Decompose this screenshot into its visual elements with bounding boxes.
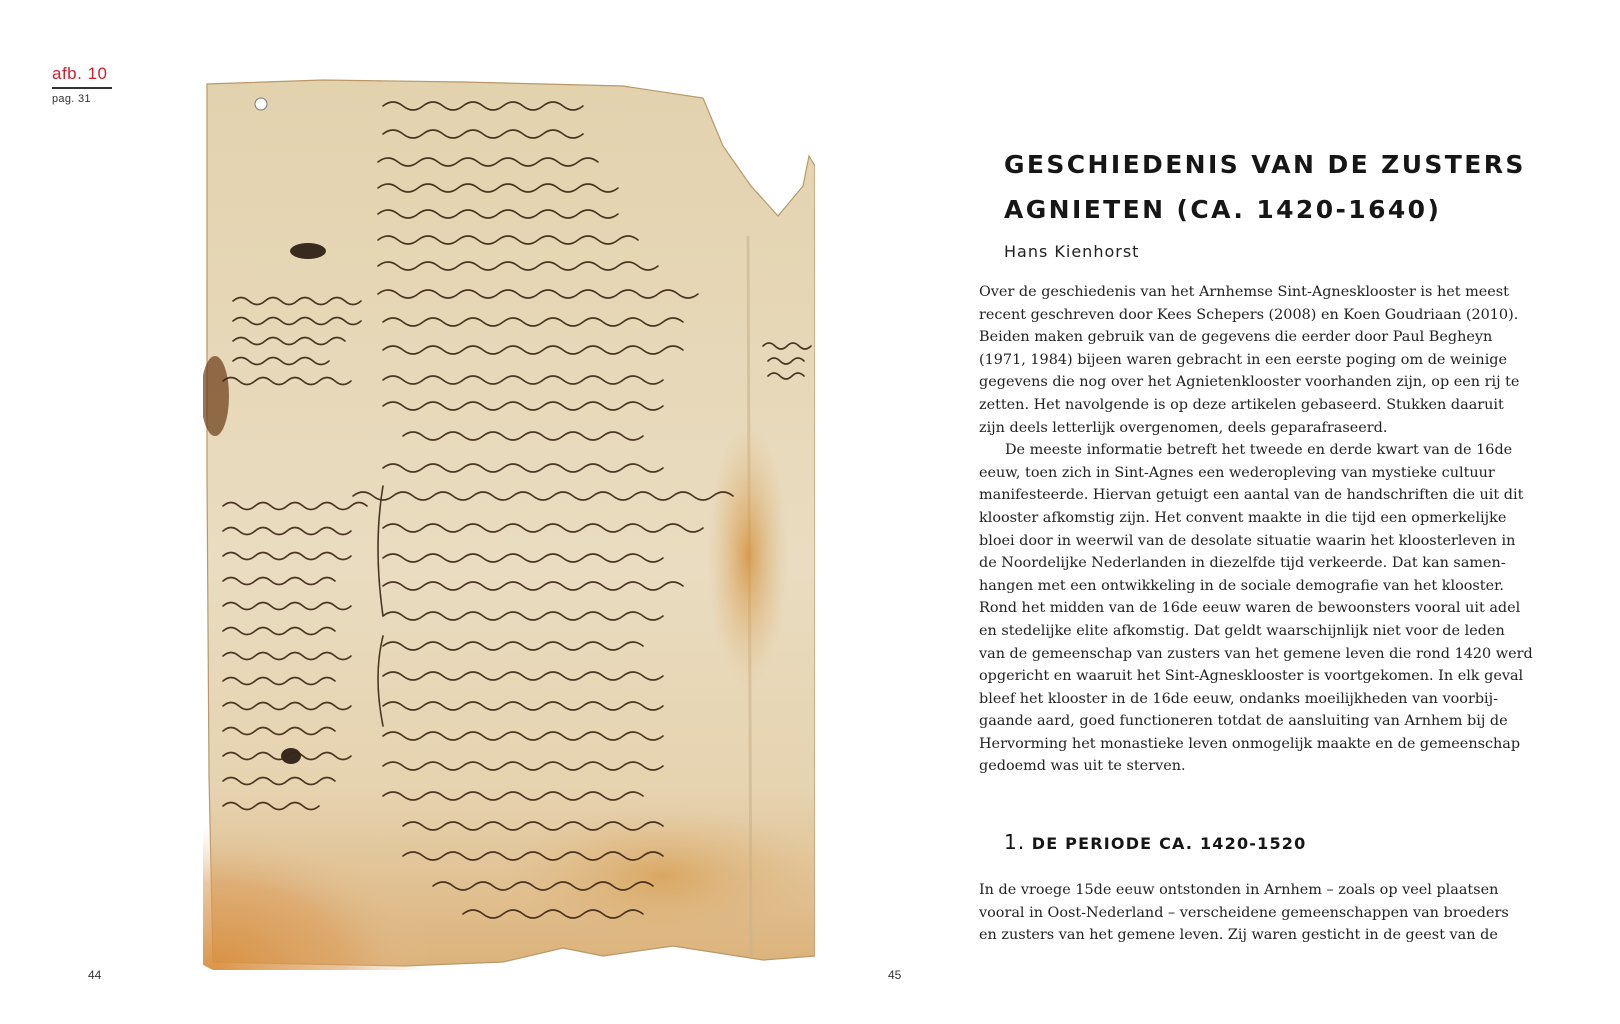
- section-number: 1.: [1004, 830, 1025, 854]
- text-line: opgericht en waaruit het Sint-Agneskloos…: [979, 665, 1519, 688]
- text-line: Hervorming het monastieke leven onmogeli…: [979, 733, 1519, 756]
- paragraph: Over de geschiedenis van het Arnhemse Si…: [979, 281, 1519, 439]
- figure-page-reference: pag. 31: [52, 93, 112, 105]
- figure-label: afb. 10 pag. 31: [52, 64, 112, 105]
- text-line: De meeste informatie betreft het tweede …: [979, 439, 1519, 462]
- page-number-right: 45: [888, 968, 901, 982]
- text-line: gegevens die nog over het Agnietenkloost…: [979, 371, 1519, 394]
- text-line: en zusters van het gemene leven. Zij war…: [979, 924, 1519, 947]
- text-line: eeuw, toen zich in Sint-Agnes een wedero…: [979, 462, 1519, 485]
- text-line: en stedelijke elite afkomstig. Dat geldt…: [979, 620, 1519, 643]
- paragraph: De meeste informatie betreft het tweede …: [979, 439, 1519, 778]
- text-line: hangen met een ontwikkeling in de social…: [979, 575, 1519, 598]
- manuscript-image: [203, 76, 815, 970]
- text-line: klooster afkomstig zijn. Het convent maa…: [979, 507, 1519, 530]
- text-line: gaande aard, goed functioneren totdat de…: [979, 710, 1519, 733]
- section-heading: 1. DE PERIODE CA. 1420-1520: [1004, 830, 1306, 854]
- left-page: afb. 10 pag. 31: [0, 0, 880, 1024]
- text-line: vooral in Oost-Nederland – verscheidene …: [979, 902, 1519, 925]
- section-text: In de vroege 15de eeuw ontstonden in Arn…: [979, 879, 1519, 947]
- page-number-left: 44: [88, 968, 101, 982]
- text-line: manifesteerde. Hiervan getuigt een aanta…: [979, 484, 1519, 507]
- paragraph: In de vroege 15de eeuw ontstonden in Arn…: [979, 879, 1519, 947]
- author-name: Hans Kienhorst: [1004, 242, 1139, 261]
- text-line: Rond het midden van de 16de eeuw waren d…: [979, 597, 1519, 620]
- chapter-title-line: GESCHIEDENIS VAN DE ZUSTERS: [1004, 142, 1564, 187]
- text-line: gedoemd was uit te sterven.: [979, 755, 1519, 778]
- text-line: zijn deels letterlijk overgenomen, deels…: [979, 417, 1519, 440]
- text-line: Over de geschiedenis van het Arnhemse Si…: [979, 281, 1519, 304]
- text-line: Beiden maken gebruik van de gegevens die…: [979, 326, 1519, 349]
- figure-number: afb. 10: [52, 64, 112, 89]
- chapter-title: GESCHIEDENIS VAN DE ZUSTERS AGNIETEN (CA…: [1004, 142, 1564, 232]
- intro-text: Over de geschiedenis van het Arnhemse Si…: [979, 281, 1519, 778]
- section-title: DE PERIODE CA. 1420-1520: [1032, 834, 1307, 853]
- text-line: bleef het klooster in de 16de eeuw, onda…: [979, 688, 1519, 711]
- text-line: (1971, 1984) bijeen waren gebracht in ee…: [979, 349, 1519, 372]
- text-line: bloei door in weerwil van de desolate si…: [979, 530, 1519, 553]
- text-line: recent geschreven door Kees Schepers (20…: [979, 304, 1519, 327]
- text-line: van de gemeenschap van zusters van het g…: [979, 643, 1519, 666]
- chapter-title-line: AGNIETEN (CA. 1420-1640): [1004, 187, 1564, 232]
- text-line: de Noordelijke Nederlanden in diezelfde …: [979, 552, 1519, 575]
- text-line: In de vroege 15de eeuw ontstonden in Arn…: [979, 879, 1519, 902]
- text-line: zetten. Het navolgende is op deze artike…: [979, 394, 1519, 417]
